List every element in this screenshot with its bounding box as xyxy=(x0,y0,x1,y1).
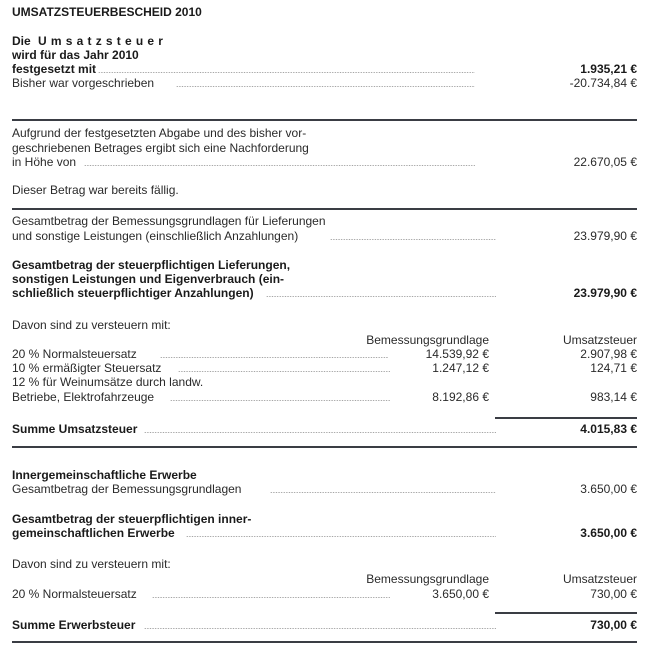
ust-col-tax-header: Umsatzsteuer xyxy=(563,333,637,347)
ig-base-label: Gesamtbetrag der Bemessungsgrundlagen xyxy=(12,482,241,496)
ust-row-tax: 124,71 € xyxy=(590,361,637,375)
est-row-tax: 730,00 € xyxy=(590,587,637,601)
ust-row-base: 8.192,86 € xyxy=(432,390,489,404)
nachforderung-value: 22.670,05 € xyxy=(574,155,637,169)
est-row-label: 20 % Normalsteuersatz xyxy=(12,587,137,601)
divider xyxy=(12,119,637,121)
ust-row-label-line1: 12 % für Weinumsätze durch landw. xyxy=(12,375,203,389)
ig-heading: Innergemeinschaftliche Erwerbe xyxy=(12,468,197,482)
leader-dots xyxy=(144,432,496,433)
ig-stpfl-line2: gemeinschaftlichen Erwerbe xyxy=(12,526,175,540)
bisher-label: Bisher war vorgeschrieben xyxy=(12,76,154,90)
subtotal-rule xyxy=(495,612,637,614)
ust-row-label: 10 % ermäßigter Steuersatz xyxy=(12,361,161,375)
steuerpflichtig-value: 23.979,90 € xyxy=(574,286,637,300)
nachforderung-line3: in Höhe von xyxy=(12,155,76,169)
divider xyxy=(12,641,637,643)
est-col-base-header: Bemessungsgrundlage xyxy=(366,572,489,586)
bisher-value: -20.734,84 € xyxy=(570,76,637,90)
festsetzung-umsatzsteuer: Umsatzsteuer xyxy=(38,34,167,48)
festgesetzt-value: 1.935,21 € xyxy=(580,62,637,76)
bemessung-value: 23.979,90 € xyxy=(574,229,637,243)
festgesetzt-label: festgesetzt mit xyxy=(12,62,96,76)
ust-row-label: Betriebe, Elektrofahrzeuge xyxy=(12,390,154,404)
leader-dots xyxy=(160,357,388,358)
ust-row-tax: 2.907,98 € xyxy=(580,347,637,361)
est-col-tax-header: Umsatzsteuer xyxy=(563,572,637,586)
ust-intro: Davon sind zu versteuern mit: xyxy=(12,318,171,332)
divider xyxy=(12,446,637,448)
festsetzung-line1: Die Umsatzsteuer xyxy=(12,34,167,48)
leader-dots xyxy=(330,239,496,240)
ust-sum-label: Summe Umsatzsteuer xyxy=(12,422,137,436)
est-row-base: 3.650,00 € xyxy=(432,587,489,601)
ust-col-base-header: Bemessungsgrundlage xyxy=(366,333,489,347)
bemessung-line1: Gesamtbetrag der Bemessungsgrundlagen fü… xyxy=(12,214,326,228)
subtotal-rule xyxy=(495,417,637,419)
ust-row-base: 1.247,12 € xyxy=(432,361,489,375)
ig-stpfl-value: 3.650,00 € xyxy=(580,526,637,540)
steuerpflichtig-line3: schließlich steuerpflichtiger Anzahlunge… xyxy=(12,286,254,300)
nachforderung-line2: geschriebenen Betrages ergibt sich eine … xyxy=(12,141,309,155)
steuerpflichtig-line2: sonstigen Leistungen und Eigenverbrauch … xyxy=(12,272,284,286)
leader-dots xyxy=(170,400,390,401)
leader-dots xyxy=(84,165,475,166)
ust-row-base: 14.539,92 € xyxy=(426,347,489,361)
leader-dots xyxy=(144,628,496,629)
faellig-note: Dieser Betrag war bereits fällig. xyxy=(12,183,179,197)
leader-dots xyxy=(152,597,390,598)
leader-dots xyxy=(98,72,475,73)
leader-dots xyxy=(266,296,496,297)
ust-row-tax: 983,14 € xyxy=(590,390,637,404)
bemessung-line2: und sonstige Leistungen (einschließlich … xyxy=(12,229,298,243)
leader-dots xyxy=(270,492,496,493)
ig-stpfl-line1: Gesamtbetrag der steuerpflichtigen inner… xyxy=(12,512,251,526)
divider xyxy=(12,208,637,210)
est-sum-value: 730,00 € xyxy=(590,618,637,632)
leader-dots xyxy=(186,536,496,537)
leader-dots xyxy=(176,86,475,87)
festsetzung-die: Die xyxy=(12,34,31,48)
est-intro: Davon sind zu versteuern mit: xyxy=(12,557,171,571)
ust-sum-value: 4.015,83 € xyxy=(580,422,637,436)
est-sum-label: Summe Erwerbsteuer xyxy=(12,618,135,632)
nachforderung-line1: Aufgrund der festgesetzten Abgabe und de… xyxy=(12,126,306,140)
steuerpflichtig-line1: Gesamtbetrag der steuerpflichtigen Liefe… xyxy=(12,258,290,272)
document-title: UMSATZSTEUERBESCHEID 2010 xyxy=(12,5,202,19)
ig-base-value: 3.650,00 € xyxy=(580,482,637,496)
festsetzung-line2: wird für das Jahr 2010 xyxy=(12,48,139,62)
ust-row-label: 20 % Normalsteuersatz xyxy=(12,347,137,361)
leader-dots xyxy=(178,371,390,372)
